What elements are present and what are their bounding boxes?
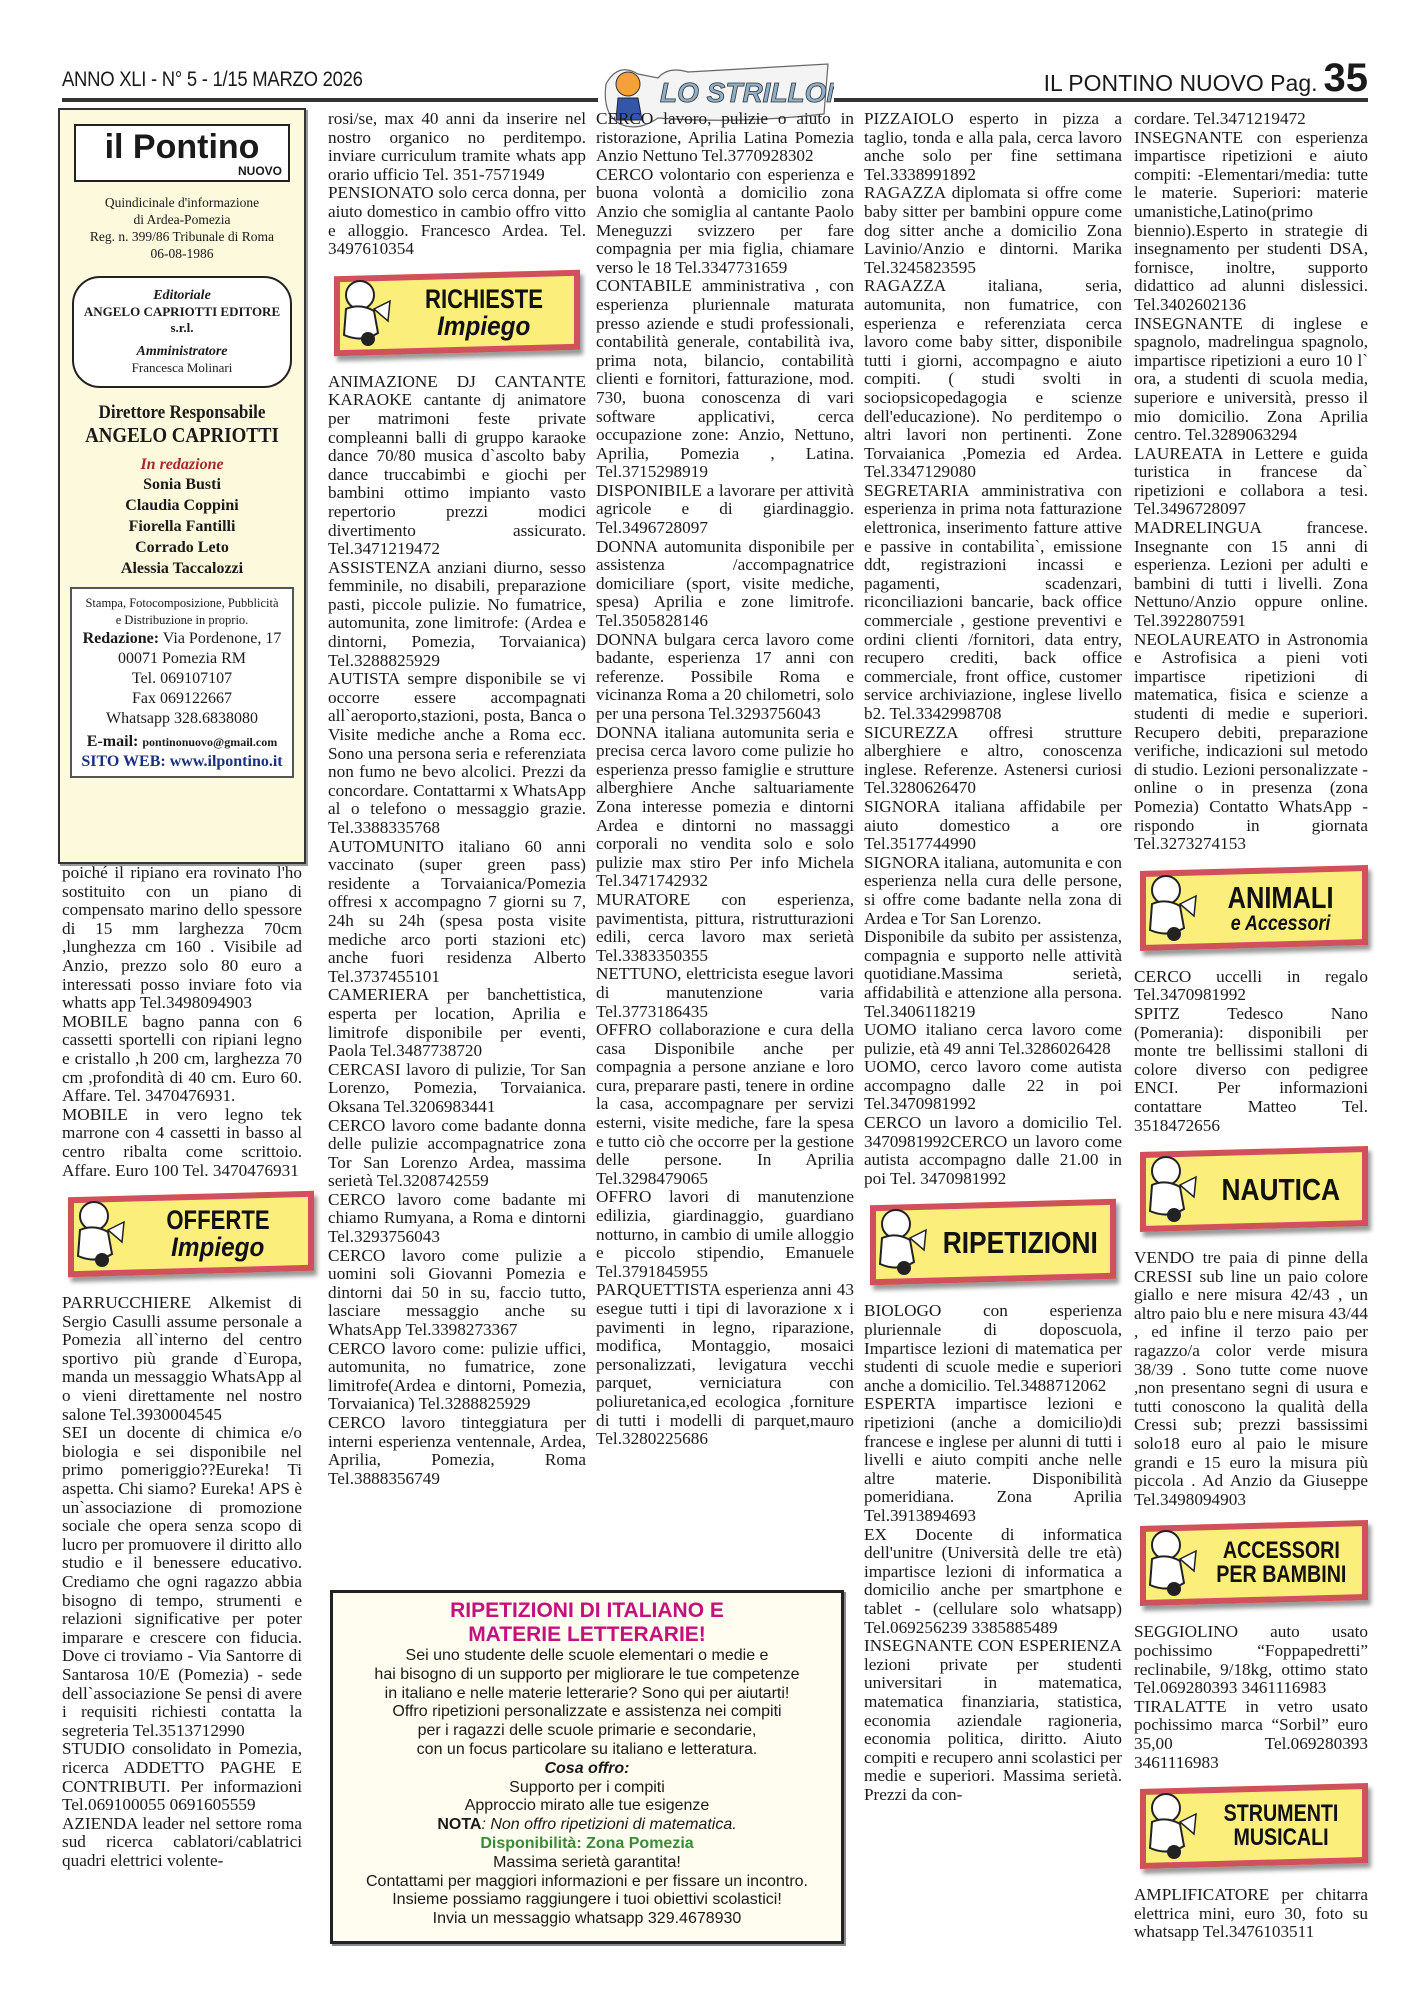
column-5: cordare. Tel.3471219472 INSEGNANTE con e… bbox=[1134, 110, 1368, 1942]
ad-listing: CERCO volontario con esperienza e buona … bbox=[596, 166, 854, 278]
ad-listing: DISPONIBILE a lavorare per attività agri… bbox=[596, 482, 854, 538]
director-label: Direttore Responsabile bbox=[72, 402, 292, 424]
page-header: IL PONTINO NUOVO Pag. 35 bbox=[1044, 56, 1368, 101]
ad-listing: MURATORE con esperienza, pavimentista, p… bbox=[596, 891, 854, 965]
ad-listing: TIRALATTE in vetro usato pochissimo marc… bbox=[1134, 1698, 1368, 1772]
address: Redazione: Via Pordenone, 17 bbox=[76, 629, 288, 649]
ad-listing: SEI un docente di chimica e/o biologia e… bbox=[62, 1424, 302, 1740]
section-banner-offerte-impiego: OFFERTEImpiego bbox=[62, 1188, 316, 1280]
section-title: STRUMENTI bbox=[1224, 1802, 1339, 1826]
strillone-mascot-icon bbox=[1134, 1523, 1200, 1601]
promo-line: Offro ripetizioni personalizzate e assis… bbox=[333, 1703, 841, 1722]
staff-list: Sonia Busti Claudia Coppini Fiorella Fan… bbox=[60, 474, 304, 579]
column-1: poiché il ripiano era rovinato l'ho sost… bbox=[62, 864, 302, 1871]
offer-item: Supporto per i compiti bbox=[333, 1779, 841, 1798]
svg-text:LO STRILLONE: LO STRILLONE bbox=[660, 77, 834, 108]
section-subtitle: Impiego bbox=[171, 1234, 264, 1261]
ad-listing: rosi/se, max 40 anni da inserire nel nos… bbox=[328, 110, 586, 184]
promo-contact: Invia un messaggio whatsapp 329.4678930 bbox=[333, 1910, 841, 1929]
section-banner-richieste-impiego: RICHIESTEImpiego bbox=[328, 267, 582, 359]
promo-line: Massima serietà garantita! bbox=[333, 1854, 841, 1873]
publication-name: IL PONTINO NUOVO Pag. bbox=[1044, 70, 1318, 97]
note-text: : Non offro ripetizioni di matematica. bbox=[481, 1816, 736, 1833]
staff-name: Fiorella Fantilli bbox=[60, 516, 304, 537]
promo-note: NOTA: Non offro ripetizioni di matematic… bbox=[333, 1816, 841, 1835]
ad-listing: CAMERIERA per banchettistica, esperta pe… bbox=[328, 986, 586, 1060]
address-city: 00071 Pomezia RM bbox=[76, 649, 288, 669]
promo-title-line: RIPETIZIONI DI ITALIANO E bbox=[333, 1599, 841, 1623]
ad-listing: SPITZ Tedesco Nano (Pomerania): disponib… bbox=[1134, 1005, 1368, 1135]
print-info: e Distribuzione in proprio. bbox=[76, 612, 288, 629]
promo-title-line: MATERIE LETTERARIE! bbox=[333, 1623, 841, 1647]
editoriale-label: Editoriale bbox=[78, 288, 286, 304]
note-label: NOTA bbox=[437, 1816, 481, 1833]
publisher-name: ANGELO CAPRIOTTI EDITORE s.r.l. bbox=[78, 304, 286, 336]
whatsapp: Whatsapp 328.6838080 bbox=[76, 709, 288, 729]
redazione-label: In redazione bbox=[60, 456, 304, 474]
staff-name: Claudia Coppini bbox=[60, 495, 304, 516]
promo-line: in italiano e nelle materie letterarie? … bbox=[333, 1685, 841, 1704]
ad-listing: CERCO un lavoro a domicilio Tel. 3470981… bbox=[864, 1114, 1122, 1188]
ad-listing: ANIMAZIONE DJ CANTANTE KARAOKE cantante … bbox=[328, 373, 586, 559]
strillone-mascot-icon bbox=[1134, 1149, 1200, 1227]
promo-title: RIPETIZIONI DI ITALIANO E MATERIE LETTER… bbox=[333, 1599, 841, 1647]
info-line: Quindicinale d'informazione bbox=[60, 194, 304, 211]
ad-listing: CERCO lavoro come: pulizie uffici, autom… bbox=[328, 1340, 586, 1414]
ad-listing: CERCASI lavoro di pulizie, Tor San Loren… bbox=[328, 1061, 586, 1117]
admin-name: Francesca Molinari bbox=[78, 360, 286, 376]
ad-listing: CONTABILE amministrativa , con esperienz… bbox=[596, 277, 854, 482]
contact-box: Stampa, Fotocomposizione, Pubblicità e D… bbox=[70, 587, 294, 778]
strillone-mascot-icon bbox=[1134, 1786, 1200, 1864]
section-subtitle: Impiego bbox=[437, 313, 530, 340]
ad-listing: INSEGNANTE di inglese e spagnolo, madrel… bbox=[1134, 315, 1368, 445]
promo-line: con un focus particolare su italiano e l… bbox=[333, 1741, 841, 1760]
ad-listing: STUDIO consolidato in Pomezia, ricerca A… bbox=[62, 1740, 302, 1814]
ad-listing: RAGAZZA diplomata si offre come baby sit… bbox=[864, 184, 1122, 277]
ad-listing: AUTISTA sempre disponibile se vi occorre… bbox=[328, 670, 586, 837]
ad-listing: OFFRO lavori di manutenzione edilizia, g… bbox=[596, 1188, 854, 1281]
ad-listing: CERCO lavoro come pulizie a uomini soli … bbox=[328, 1247, 586, 1340]
strillone-mascot-icon bbox=[864, 1202, 930, 1280]
ad-listing: CERCO lavoro, pulizie o aiuto in ristora… bbox=[596, 110, 854, 166]
strillone-mascot-icon bbox=[62, 1194, 128, 1272]
ad-listing: SEGGIOLINO auto usato pochissimo “Foppap… bbox=[1134, 1623, 1368, 1697]
brand-name: il Pontino bbox=[82, 130, 282, 164]
page-number: 35 bbox=[1324, 56, 1369, 101]
promo-line: Sei uno studente delle scuole elementari… bbox=[333, 1647, 841, 1666]
ad-listing: DONNA automunita disponibile per assiste… bbox=[596, 538, 854, 631]
brand-sub: NUOVO bbox=[82, 164, 282, 178]
ad-listing: ASSISTENZA anziani diurno, sesso femmini… bbox=[328, 559, 586, 671]
fax: Fax 069122667 bbox=[76, 689, 288, 709]
section-banner-strumenti-musicali: STRUMENTIMUSICALI bbox=[1134, 1780, 1370, 1872]
ad-listing: SIGNORA italiana affidabile per aiuto do… bbox=[864, 798, 1122, 854]
ad-listing: EX Docente di informatica dell'unitre (U… bbox=[864, 1526, 1122, 1638]
address-street: Via Pordenone, 17 bbox=[163, 630, 282, 647]
ad-listing: SEGRETARIA amministrativa con esperienza… bbox=[864, 482, 1122, 724]
ad-listing: DONNA italiana automunita seria e precis… bbox=[596, 724, 854, 891]
masthead-box: il Pontino NUOVO Quindicinale d'informaz… bbox=[58, 108, 306, 864]
ad-listing: MOBILE bagno panna con 6 cassetti sporte… bbox=[62, 1013, 302, 1106]
info-line: di Ardea-Pomezia bbox=[60, 211, 304, 228]
ad-listing: DONNA bulgara cerca lavoro come badante,… bbox=[596, 631, 854, 724]
email: E-mail: pontinonuovo@gmail.com bbox=[76, 733, 288, 751]
section-title: RIPETIZIONI bbox=[942, 1227, 1097, 1258]
staff-name: Sonia Busti bbox=[60, 474, 304, 495]
offer-item: Approccio mirato alle tue esigenze bbox=[333, 1797, 841, 1816]
promo-line: hai bisogno di un supporto per migliorar… bbox=[333, 1666, 841, 1685]
section-title: OFFERTE bbox=[166, 1207, 269, 1234]
ad-listing: CERCO uccelli in regalo Tel.3470981992 bbox=[1134, 968, 1368, 1005]
publication-info: Quindicinale d'informazione di Ardea-Pom… bbox=[60, 194, 304, 262]
ad-listing: AUTOMUNITO italiano 60 anni vaccinato (s… bbox=[328, 838, 586, 987]
brand-logo: il Pontino NUOVO bbox=[74, 124, 290, 182]
ad-listing: SIGNORA italiana, automunita e con esper… bbox=[864, 854, 1122, 928]
section-title: RICHIESTE bbox=[425, 286, 543, 313]
ad-listing: poiché il ripiano era rovinato l'ho sost… bbox=[62, 864, 302, 1013]
ad-listing: SICUREZZA offresi strutture alberghiere … bbox=[864, 724, 1122, 798]
ad-listing: CERCO lavoro tinteggiatura per interni e… bbox=[328, 1414, 586, 1488]
ad-listing: ESPERTA impartisce lezioni e ripetizioni… bbox=[864, 1395, 1122, 1525]
ad-listing: VENDO tre paia di pinne della CRESSI sub… bbox=[1134, 1249, 1368, 1509]
section-title: ANIMALI bbox=[1228, 882, 1334, 913]
ad-listing: LAUREATA in Lettere e guida turistica in… bbox=[1134, 445, 1368, 519]
column-3: CERCO lavoro, pulizie o aiuto in ristora… bbox=[596, 110, 854, 1449]
section-subtitle: PER BAMBINI bbox=[1216, 1563, 1346, 1587]
ad-listing: PARQUETTISTA esperienza anni 43 esegue t… bbox=[596, 1281, 854, 1448]
email-label: E-mail: bbox=[87, 733, 139, 750]
ad-listing: INSEGNANTE con esperienza impartisce rip… bbox=[1134, 129, 1368, 315]
offer-label: Cosa offro: bbox=[333, 1760, 841, 1779]
ad-listing: cordare. Tel.3471219472 bbox=[1134, 110, 1368, 129]
info-line: 06-08-1986 bbox=[60, 245, 304, 262]
ad-listing: MADRELINGUA francese. Insegnante con 15 … bbox=[1134, 519, 1368, 631]
availability: Disponibilità: Zona Pomezia bbox=[333, 1835, 841, 1854]
ad-listing: Disponibile da subito per assistenza, co… bbox=[864, 928, 1122, 1021]
section-banner-ripetizioni: RIPETIZIONI bbox=[864, 1196, 1118, 1288]
strillone-mascot-icon bbox=[1134, 868, 1200, 946]
section-banner-animali: ANIMALIe Accessori bbox=[1134, 862, 1370, 954]
info-line: Reg. n. 399/86 Tribunale di Roma bbox=[60, 228, 304, 245]
ad-listing: BIOLOGO con esperienza pluriennale di do… bbox=[864, 1302, 1122, 1395]
strillone-mascot-icon bbox=[328, 273, 394, 351]
address-label: Redazione: bbox=[83, 630, 159, 647]
section-subtitle: e Accessori bbox=[1231, 913, 1331, 934]
website-link[interactable]: SITO WEB: www.ilpontino.it bbox=[76, 753, 288, 770]
ad-listing: PIZZAIOLO esperto in pizza a taglio, ton… bbox=[864, 110, 1122, 184]
section-subtitle: MUSICALI bbox=[1233, 1826, 1328, 1850]
section-banner-nautica: NAUTICA bbox=[1134, 1143, 1370, 1235]
publisher-box: Editoriale ANGELO CAPRIOTTI EDITORE s.r.… bbox=[72, 276, 292, 388]
ad-listing: INSEGNANTE CON ESPERIENZA lezioni privat… bbox=[864, 1637, 1122, 1804]
staff-name: Corrado Leto bbox=[60, 537, 304, 558]
promo-line: per i ragazzi delle scuole primarie e se… bbox=[333, 1722, 841, 1741]
ad-listing: AMPLIFICATORE per chitarra elettrica min… bbox=[1134, 1886, 1368, 1942]
ad-listing: NETTUNO, elettricista esegue lavori di m… bbox=[596, 965, 854, 1021]
print-info: Stampa, Fotocomposizione, Pubblicità bbox=[76, 595, 288, 612]
staff-name: Alessia Taccalozzi bbox=[60, 558, 304, 579]
promo-ad-ripetizioni-italiano: RIPETIZIONI DI ITALIANO E MATERIE LETTER… bbox=[330, 1590, 844, 1944]
ad-listing: UOMO, cerco lavoro come autista accompag… bbox=[864, 1058, 1122, 1114]
ad-listing: CERCO lavoro come badante donna delle pu… bbox=[328, 1117, 586, 1191]
ad-listing: RAGAZZA italiana, seria, automunita, non… bbox=[864, 277, 1122, 482]
ad-listing: OFFRO collaborazione e cura della casa D… bbox=[596, 1021, 854, 1188]
ad-listing: UOMO italiano cerca lavoro come pulizie,… bbox=[864, 1021, 1122, 1058]
ad-listing: AZIENDA leader nel settore roma sud rice… bbox=[62, 1815, 302, 1871]
section-title: NAUTICA bbox=[1222, 1174, 1341, 1205]
issue-info: ANNO XLI - N° 5 - 1/15 MARZO 2026 bbox=[62, 68, 363, 92]
promo-line: Contattami per maggiori informazioni e p… bbox=[333, 1873, 841, 1892]
promo-line: Insieme possiamo raggiungere i tuoi obie… bbox=[333, 1891, 841, 1910]
column-2: rosi/se, max 40 anni da inserire nel nos… bbox=[328, 110, 586, 1488]
header-rule-left bbox=[62, 98, 598, 102]
header-rule-right bbox=[834, 98, 1368, 102]
phone: Tel. 069107107 bbox=[76, 669, 288, 689]
column-4: PIZZAIOLO esperto in pizza a taglio, ton… bbox=[864, 110, 1122, 1804]
director: Direttore Responsabile ANGELO CAPRIOTTI bbox=[72, 402, 292, 446]
section-title: ACCESSORI bbox=[1222, 1539, 1339, 1563]
ad-listing: CERCO lavoro come badante mi chiamo Rumy… bbox=[328, 1191, 586, 1247]
ad-listing: NEOLAUREATO in Astronomia e Astrofisica … bbox=[1134, 631, 1368, 854]
ad-listing: MOBILE in vero legno tek marrone con 4 c… bbox=[62, 1106, 302, 1180]
ad-listing: PENSIONATO solo cerca donna, per aiuto d… bbox=[328, 184, 586, 258]
email-link[interactable]: pontinonuovo@gmail.com bbox=[142, 735, 277, 749]
ad-listing: PARRUCCHIERE Alkemist di Sergio Casulli … bbox=[62, 1294, 302, 1424]
section-banner-accessori-bambini: ACCESSORIPER BAMBINI bbox=[1134, 1517, 1370, 1609]
admin-label: Amministratore bbox=[78, 344, 286, 360]
director-name: ANGELO CAPRIOTTI bbox=[72, 424, 292, 446]
